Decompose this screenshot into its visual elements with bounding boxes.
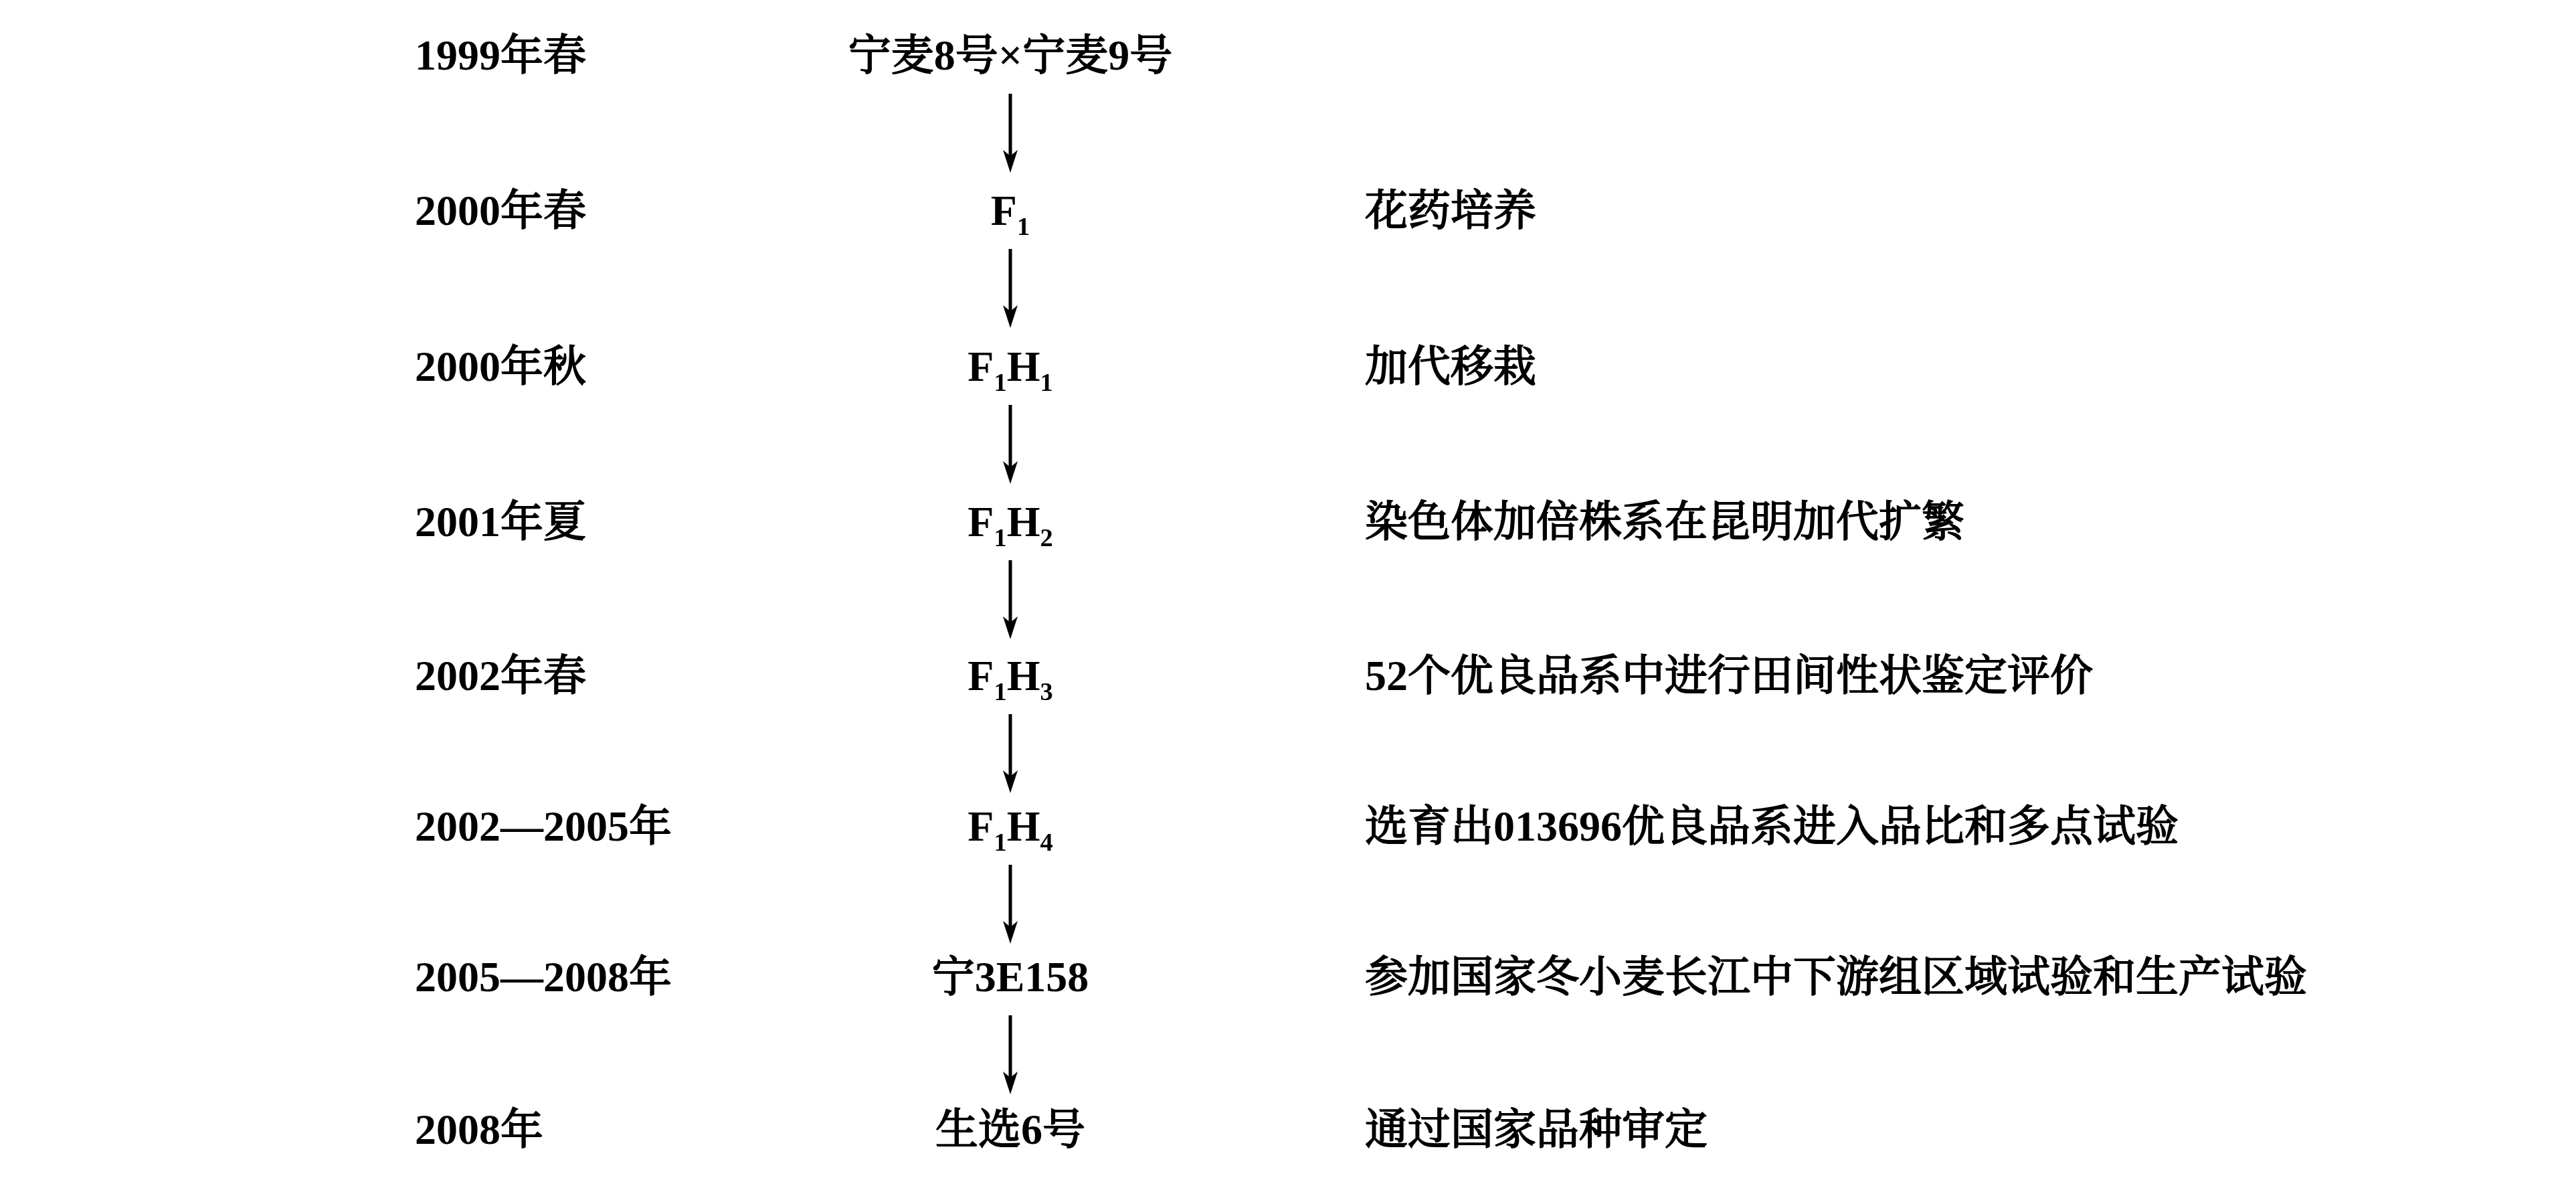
- stage-note: 花药培养: [1365, 184, 1536, 238]
- down-arrow-icon: [996, 560, 1025, 639]
- year-label: 2000年秋: [415, 340, 586, 394]
- stage-note: 染色体加倍株系在昆明加代扩繁: [1365, 495, 1964, 549]
- year-label: 2001年夏: [415, 495, 586, 549]
- year-label: 2000年春: [415, 184, 586, 238]
- stage-note: 参加国家冬小麦长江中下游组区域试验和生产试验: [1365, 950, 2307, 1004]
- generation-node: 宁麦8号×宁麦9号: [848, 29, 1172, 82]
- stage-note: 加代移栽: [1365, 340, 1536, 394]
- down-arrow-icon: [996, 94, 1025, 173]
- generation-node: F1H4: [968, 800, 1052, 853]
- year-label: 2008年: [415, 1103, 543, 1157]
- flow-row: 2001年夏 F1H2 染色体加倍株系在昆明加代扩繁: [0, 495, 2576, 549]
- flow-row: 2000年秋 F1H1 加代移栽: [0, 340, 2576, 394]
- flow-row: 2002—2005年 F1H4 选育出013696优良品系进入品比和多点试验: [0, 800, 2576, 853]
- year-label: 2002—2005年: [415, 800, 672, 853]
- flow-row: 2000年春 F1 花药培养: [0, 184, 2576, 238]
- flow-row: 2008年 生选6号 通过国家品种审定: [0, 1103, 2576, 1157]
- generation-node: F1H1: [968, 340, 1052, 394]
- flow-row: 2002年春 F1H3 52个优良品系中进行田间性状鉴定评价: [0, 649, 2576, 703]
- generation-node: 宁3E158: [932, 950, 1089, 1004]
- flow-row: 2005—2008年 宁3E158 参加国家冬小麦长江中下游组区域试验和生产试验: [0, 950, 2576, 1004]
- down-arrow-icon: [996, 249, 1025, 328]
- year-label: 2005—2008年: [415, 950, 672, 1004]
- down-arrow-icon: [996, 1015, 1025, 1094]
- flow-row: 1999年春 宁麦8号×宁麦9号: [0, 29, 2576, 82]
- breeding-timeline-diagram: 1999年春 宁麦8号×宁麦9号 2000年春 F1 花药培养 2000年秋 F…: [0, 0, 2576, 1186]
- generation-node: 生选6号: [935, 1103, 1085, 1157]
- stage-note: 选育出013696优良品系进入品比和多点试验: [1365, 800, 2179, 853]
- stage-note: 52个优良品系中进行田间性状鉴定评价: [1365, 649, 2093, 703]
- year-label: 2002年春: [415, 649, 586, 703]
- generation-node: F1: [991, 184, 1030, 238]
- stage-note: 通过国家品种审定: [1365, 1103, 1708, 1157]
- generation-node: F1H3: [968, 649, 1052, 703]
- down-arrow-icon: [996, 714, 1025, 793]
- down-arrow-icon: [996, 865, 1025, 944]
- year-label: 1999年春: [415, 29, 586, 82]
- down-arrow-icon: [996, 405, 1025, 484]
- generation-node: F1H2: [968, 495, 1052, 549]
